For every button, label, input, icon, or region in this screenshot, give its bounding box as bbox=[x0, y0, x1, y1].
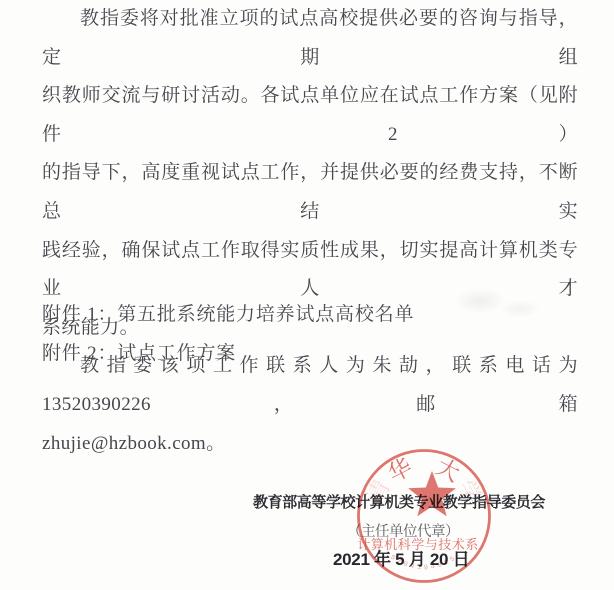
attachment-item: 附件 1：第五批系统能力培养试点高校名单 bbox=[42, 295, 578, 334]
body-text-line: 织教师交流与研讨活动。各试点单位应在试点工作方案（见附件 2） bbox=[42, 77, 578, 154]
signature-committee-name: 教育部高等学校计算机类专业教学指导委员会 bbox=[253, 491, 545, 512]
document-body-text: 教指委将对批准立项的试点高校提供必要的咨询与指导，定期组织教师交流与研讨活动。各… bbox=[42, 0, 578, 463]
attachment-item: 附件 2：试点工作方案 bbox=[42, 334, 578, 373]
body-text-line: 的指导下，高度重视试点工作，并提供必要的经费支持，不断总结实 bbox=[42, 154, 578, 231]
signature-seal-note: （主任单位代章） bbox=[347, 520, 459, 541]
body-text-line: zhujie@hzbook.com。 bbox=[42, 425, 578, 464]
body-text-line: 教指委将对批准立项的试点高校提供必要的咨询与指导，定期组 bbox=[42, 0, 578, 77]
signature-date: 2021 年 5 月 20 日 bbox=[333, 545, 469, 570]
attachment-list: 附件 1：第五批系统能力培养试点高校名单附件 2：试点工作方案 bbox=[42, 295, 578, 373]
scanned-document-page: 教指委将对批准立项的试点高校提供必要的咨询与指导，定期组织教师交流与研讨活动。各… bbox=[0, 0, 614, 590]
